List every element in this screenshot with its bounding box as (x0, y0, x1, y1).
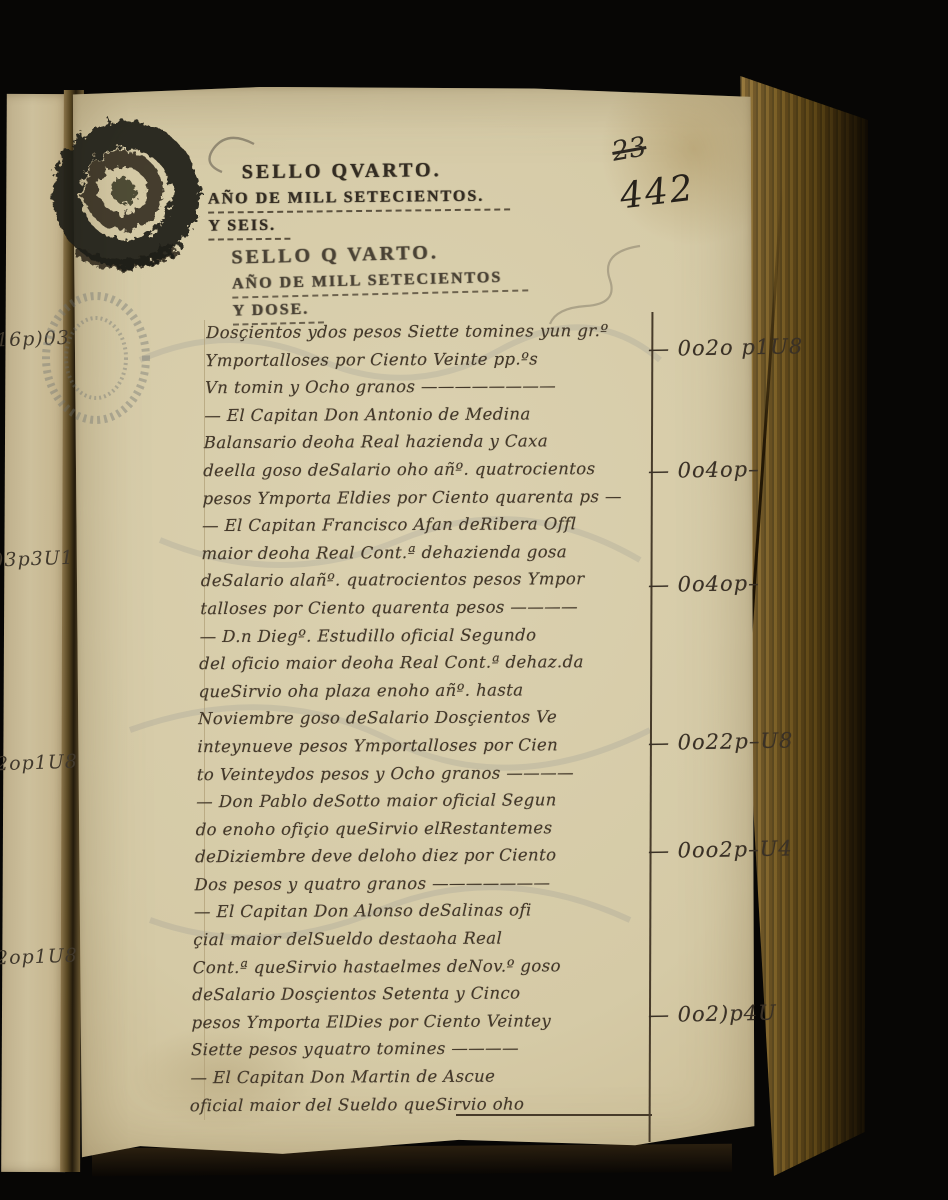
pen-flourish-icon (540, 238, 660, 328)
sello-quarto-stamp-1: SELLO QVARTO. AÑO DE MILL SETECIENTOS. Y… (208, 158, 511, 240)
manuscript-line: — Don Pablo deSotto maior oficial Segun (196, 786, 649, 816)
manuscript-line: do enoho ofiçio queSirvio elRestantemes (195, 814, 648, 844)
manuscript-line: Ymportalloses por Ciento Veinte pp.ºs (205, 344, 658, 374)
margin-amount: — 0o2)p4U (648, 1001, 758, 1027)
manuscript-line: Siette pesos yquatro tomines ———— (191, 1034, 644, 1064)
manuscript-line: deella goso deSalario oho añº. quatrocie… (203, 455, 656, 485)
manuscript-line: deSalario alañº. quatrocientos pesos Ymp… (201, 565, 654, 595)
edge-amount: 2op1U8 (0, 945, 76, 970)
manuscript-line: — El Capitan Don Martin de Ascue (190, 1062, 643, 1092)
margin-amount: — 0o2o p1U8 (648, 335, 758, 361)
margin-amount: — 0o22p–U8 (648, 729, 758, 755)
manuscript-line: Balansario deoha Real hazienda y Caxa (203, 427, 656, 457)
manuscript-line: to Veinteydos pesos y Ocho granos ———— (197, 758, 650, 788)
manuscript-line: talloses por Ciento quarenta pesos ———— (200, 593, 653, 623)
stamp-title: SELLO QVARTO. (208, 158, 510, 184)
manuscript-line: çial maior delSueldo destaoha Real (193, 924, 646, 954)
manuscript-line: maior deoha Real Cont.ª dehazienda gosa (201, 538, 654, 568)
manuscript-line: queSirvio oha plaza enoho añº. hasta (198, 676, 651, 706)
sello-quarto-stamp-2: SELLO Q VARTO. AÑO DE MILL SETECIENTOS Y… (231, 239, 529, 325)
manuscript-line: Noviembre goso deSalario Dosçientos Ve (198, 703, 651, 733)
manuscript-line: del oficio maior deoha Real Cont.ª dehaz… (199, 648, 652, 678)
manuscript-line: deDiziembre deve deloho diez por Ciento (195, 841, 648, 871)
edge-amount: 2op1U8 (0, 751, 76, 776)
stamp-year-line: AÑO DE MILL SETECIENTOS. (208, 187, 510, 213)
margin-amount: — 0o4op– (648, 457, 758, 483)
manuscript-line: Dos pesos y quatro granos ——————— (194, 869, 647, 899)
manuscript-line: Cont.ª queSirvio hastaelmes deNov.º goso (193, 952, 646, 982)
folio-number-old: 23 (610, 131, 649, 167)
royal-seal-stamp-icon (46, 98, 210, 288)
manuscript-line: — El Capitan Francisco Afan deRibera Off… (202, 510, 655, 540)
manuscript-line: Dosçientos ydos pesos Siette tomines yun… (206, 317, 659, 347)
manuscript-line: — D.n Diegº. Estudillo oficial Segundo (199, 620, 652, 650)
manuscript-line: deSalario Dosçientos Setenta y Cinco (192, 979, 645, 1009)
stamp-year-suffix: Y SEIS. (208, 217, 290, 241)
manuscript-line: pesos Ymporta ElDies por Ciento Veintey (191, 1007, 644, 1037)
manuscript-line: Vn tomin y Ocho granos ———————— (205, 372, 658, 402)
margin-amount: — 0oo2p–U4 (648, 837, 758, 863)
manuscript-line: — El Capitan Don Antonio de Medina (204, 400, 657, 430)
edge-amount: )3p3U1 (0, 547, 76, 572)
photograph-backdrop: 16p)03 )3p3U1 2op1U8 2op1U8 (0, 0, 948, 1200)
margin-amount: — 0o4op– (648, 571, 758, 597)
manuscript-text-block: Dosçientos ydos pesos Siette tomines yun… (190, 317, 659, 1120)
manuscript-line: inteynueve pesos Ymportalloses por Cien (197, 731, 650, 761)
manuscript-line: pesos Ymporta Eldies por Ciento quarenta… (202, 482, 655, 512)
manuscript-line: — El Capitan Don Alonso deSalinas ofi (194, 896, 647, 926)
manuscript-line: oficial maior del Sueldo queSirvio oho (190, 1089, 643, 1119)
